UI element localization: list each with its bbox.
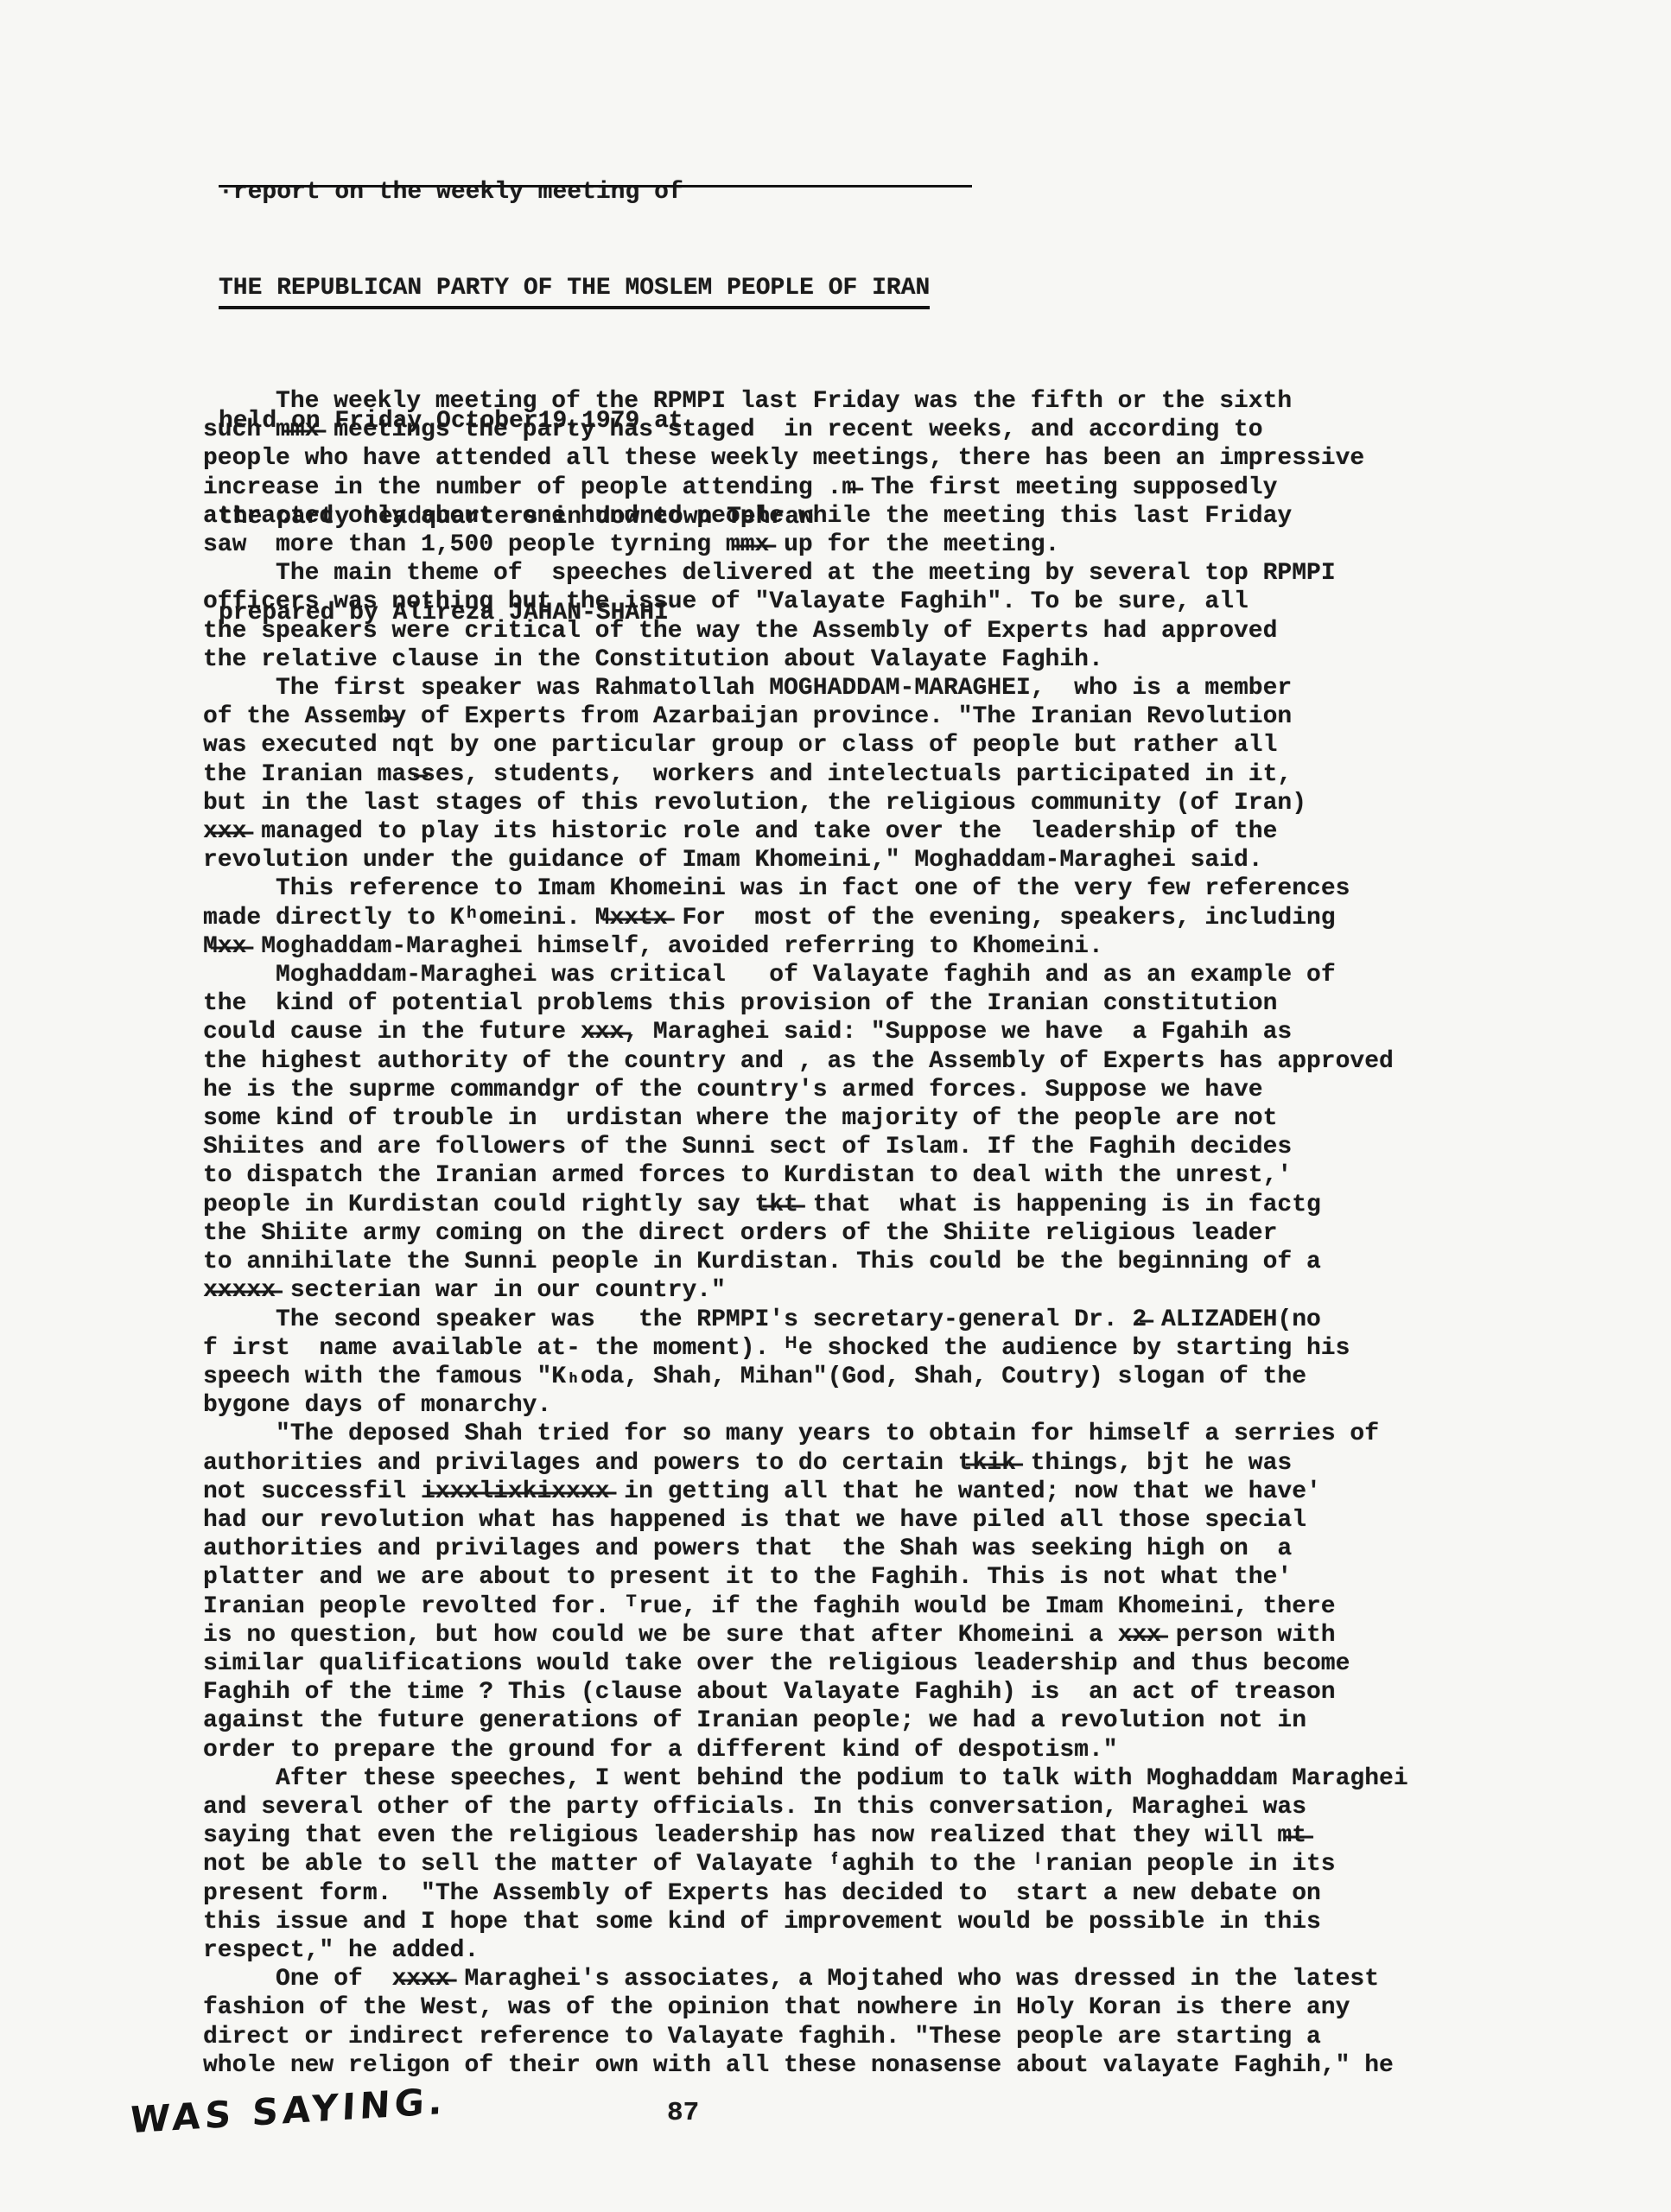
scanned-document-page: ·report on the weekly meeting of THE REP… <box>0 0 1671 2212</box>
document-body: The weekly meeting of the RPMPI last Fri… <box>203 387 1490 2080</box>
header-report-line: ·report on the weekly meeting of <box>219 176 1497 208</box>
paragraph-deposed-shah-quote: "The deposed Shah tried for so many year… <box>203 1420 1490 1764</box>
handwritten-note: WAS SAYING. <box>129 2080 448 2142</box>
title-line: THE REPUBLICAN PARTY OF THE MOSLEM PEOPL… <box>219 272 1497 309</box>
document-title: THE REPUBLICAN PARTY OF THE MOSLEM PEOPL… <box>219 272 930 309</box>
paragraph-after-speeches: After these speeches, I went behind the … <box>203 1764 1490 1965</box>
title-underline-rule <box>219 185 972 188</box>
paragraph-maraghei-critique: Moghaddam-Maraghei was critical of Valay… <box>203 961 1490 1305</box>
paragraph-second-speaker: The second speaker was the RPMPI's secre… <box>203 1306 1490 1421</box>
paragraph-main-theme: The main theme of speeches delivered at … <box>203 559 1490 674</box>
paragraph-khomeini-reference: This reference to Imam Khomeini was in f… <box>203 874 1490 961</box>
paragraph-attendance: The weekly meeting of the RPMPI last Fri… <box>203 387 1490 559</box>
page-number: 87 <box>667 2098 699 2128</box>
paragraph-first-speaker: The first speaker was Rahmatollah MOGHAD… <box>203 674 1490 874</box>
paragraph-mojtahed-associate: One of x̶x̶x̶x̶ Maraghei's associates, a… <box>203 1965 1490 2080</box>
